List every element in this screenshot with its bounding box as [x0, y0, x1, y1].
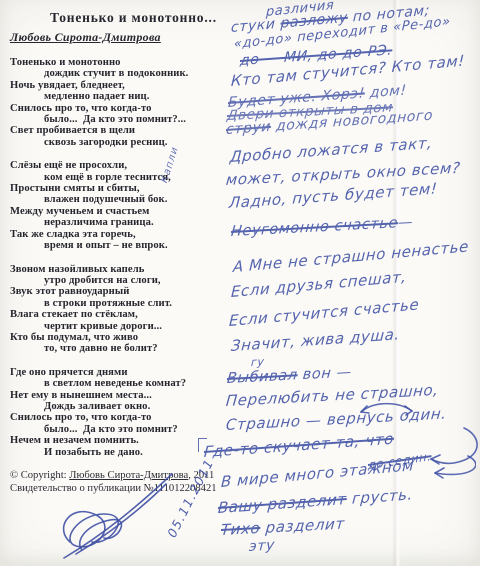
printed-poem: Тоненько и монотонно... Любовь Сирота-Дм…	[10, 10, 225, 494]
poem-line: Простыни смяты и сбиты,	[10, 183, 225, 194]
handwritten-text: —	[397, 214, 413, 231]
scanned-page: Тоненько и монотонно... Любовь Сирота-Дм…	[0, 0, 480, 566]
loop-arrow-2-icon	[428, 452, 476, 484]
poem-line: Ночь увядает, бледнеет,	[10, 80, 225, 91]
poem-line: Звоном назойливых капель	[10, 264, 225, 275]
handwritten-text: гу	[251, 355, 265, 369]
struck-text: Где-то скучает та, что	[203, 430, 394, 461]
poem-line: Кто бы подумал, что живо	[10, 332, 225, 343]
handwritten-line: Страшно — вернусь один.	[225, 404, 447, 434]
copyright-author-link: Любовь Сирота-Дмитрова	[69, 470, 188, 481]
handwritten-text: разделит	[260, 514, 346, 537]
struck-text: Тихо	[220, 519, 261, 539]
poem-line: Нечем и незачем помнить.	[10, 435, 225, 446]
poem-stanza: Где оно прячется днямив светлом неведень…	[10, 367, 225, 458]
poem-line: Влага стекает по стёклам,	[10, 309, 225, 320]
struck-text: Вашу разделит	[217, 490, 347, 517]
poem-line: неразличима граница.	[10, 217, 225, 228]
poem-line: Нет ему в нынешнем места...	[10, 390, 225, 401]
poem-title: Тоненько и монотонно...	[50, 10, 225, 26]
poem-line: Где оно прячется днями	[10, 367, 225, 378]
poem-line: чертит кривые дороги...	[10, 321, 225, 332]
poem-line: медленно падает ниц.	[10, 91, 225, 102]
loop-arrow-icon	[426, 424, 480, 476]
poem-line: было... Да кто это помнит?	[10, 424, 225, 435]
poem-line: И позабыть не дано.	[10, 447, 225, 458]
copyright-prefix: © Copyright:	[10, 470, 69, 481]
handwritten-line: Неугомонно счастье—	[230, 214, 414, 240]
poem-line: Так же сладка эта горечь,	[10, 229, 225, 240]
poem-author: Любовь Сирота-Дмитрова	[10, 30, 225, 45]
poem-stanzas: Тоненько и монотоннодождик стучит в подо…	[10, 57, 225, 458]
handwritten-line: В мире много этажном	[221, 456, 415, 491]
handwritten-line: Тихо разделит	[220, 514, 345, 539]
poem-line: Тоненько и монотонно	[10, 57, 225, 68]
poem-line: ком ещё в горле теснится,	[10, 172, 225, 183]
handwritten-line: гу	[251, 355, 265, 369]
poem-line: влажен подушечный бок.	[10, 194, 225, 205]
handwritten-line: А Мне не страшно ненастье	[233, 237, 470, 276]
handwritten-text: вон —	[297, 364, 353, 383]
handwritten-text: В мире много этажном	[221, 456, 415, 491]
poem-line: в строки протяжные слит.	[10, 298, 225, 309]
poem-line: Снилось про то, что когда-то	[10, 103, 225, 114]
handwritten-text: Значит, жива душа.	[230, 325, 400, 355]
handwritten-text: Страшно — вернусь один.	[225, 404, 447, 434]
poem-line: Свет пробивается в щели	[10, 125, 225, 136]
handwritten-text: грусть.	[346, 485, 414, 508]
poem-stanza: Слёзы ещё не просохли,ком ещё в горле те…	[10, 160, 225, 251]
handwritten-line: эту	[248, 537, 275, 555]
poem-line: Дождь заливает окно.	[10, 401, 225, 412]
struck-text: Неугомонно счастье	[230, 215, 398, 240]
poem-line: сквозь загородки ресниц.	[10, 137, 225, 148]
handwritten-line: Где-то скучает та, что	[203, 430, 394, 461]
struck-text: струи	[225, 119, 271, 138]
poem-stanza: Тоненько и монотоннодождик стучит в подо…	[10, 57, 225, 148]
poem-line: то, что давно не болит?	[10, 343, 225, 354]
poem-line: утро дробится на слоги,	[10, 275, 225, 286]
poem-line: Снилось про то, что когда-то	[10, 412, 225, 423]
poem-line: Звук этот равноударный	[10, 286, 225, 297]
poem-line: Слёзы ещё не просохли,	[10, 160, 225, 171]
handwritten-line: Выбивал вон —	[226, 364, 352, 387]
poem-line: время и опыт – не впрок.	[10, 240, 225, 251]
poem-stanza: Звоном назойливых капельутро дробится на…	[10, 264, 225, 355]
poem-line: в светлом неведенье комнат?	[10, 378, 225, 389]
handwritten-line: Значит, жива душа.	[230, 325, 400, 355]
handwritten-text: эту	[248, 537, 275, 555]
poem-line: дождик стучит в подоконник.	[10, 68, 225, 79]
poem-line: Между мученьем и счастьем	[10, 206, 225, 217]
handwritten-line: Вашу разделит грусть.	[217, 485, 413, 517]
poem-line: было... Да кто это помнит?...	[10, 114, 225, 125]
struck-text: Выбивал	[226, 367, 298, 387]
handwritten-text: А Мне не страшно ненастье	[233, 237, 470, 276]
insert-bracket-mark	[198, 438, 207, 452]
